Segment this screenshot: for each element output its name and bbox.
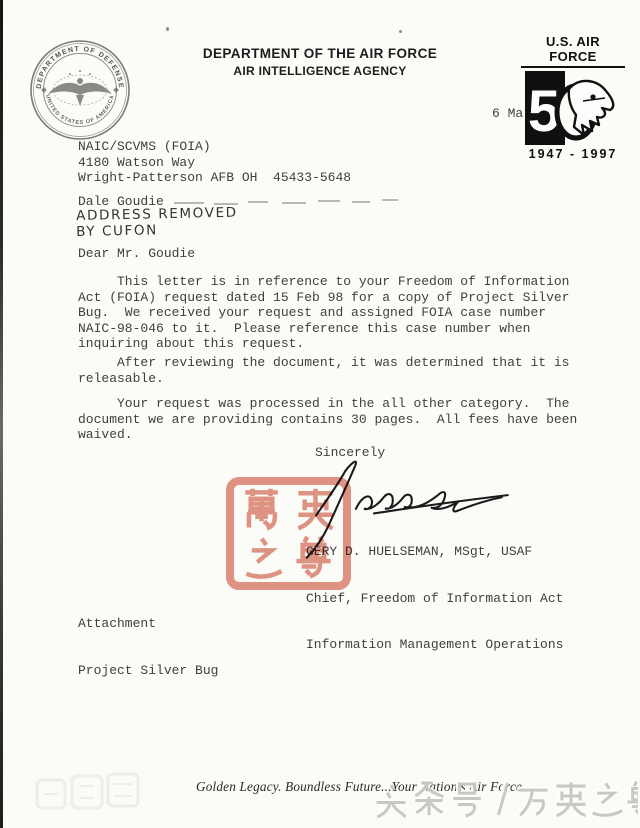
salutation: Dear Mr. Goudie <box>78 246 195 262</box>
text-line: After reviewing the document, it was det… <box>78 355 569 371</box>
text-line: releasable. <box>78 371 569 387</box>
text-line: NAIC/SCVMS (FOIA) <box>78 139 351 155</box>
signer-title-1: Chief, Freedom of Information Act <box>306 591 563 607</box>
scan-speck <box>399 30 402 33</box>
signer-title-2: Information Management Operations <box>306 637 563 653</box>
dod-seal: DEPARTMENT OF DEFENSE UNITED STATES OF A… <box>28 38 132 147</box>
scanned-letter-page: DEPARTMENT OF DEFENSE UNITED STATES OF A… <box>0 0 640 828</box>
text-line: inquiring about this request. <box>78 336 569 352</box>
faint-watermark <box>34 772 144 818</box>
letterhead-line2: AIR INTELLIGENCE AGENCY <box>160 64 480 79</box>
redaction-note-line1: ADDRESS REMOVED <box>76 205 238 224</box>
text-line: NAIC-98-046 to it. Please reference this… <box>78 321 569 337</box>
attachment-item: Project Silver Bug <box>78 663 218 679</box>
red-seal-stamp-icon <box>225 476 352 591</box>
text-line: waived. <box>78 427 577 443</box>
af50-years: 1947 - 1997 <box>521 147 625 161</box>
redaction-note-line2: BY CUFON <box>76 222 158 240</box>
body-paragraph-1: This letter is in reference to your Free… <box>78 274 569 352</box>
attachment-block: Attachment Project Silver Bug <box>78 585 218 709</box>
scan-speck <box>166 27 169 31</box>
letterhead: DEPARTMENT OF THE AIR FORCE AIR INTELLIG… <box>160 46 480 79</box>
text-line: document we are providing contains 30 pa… <box>78 412 577 428</box>
letterhead-line1: DEPARTMENT OF THE AIR FORCE <box>160 46 480 62</box>
text-line: Your request was processed in the all ot… <box>78 396 577 412</box>
attachment-label: Attachment <box>78 616 218 632</box>
body-paragraph-2: After reviewing the document, it was det… <box>78 355 569 386</box>
text-line: Bug. We received your request and assign… <box>78 305 569 321</box>
sender-address: NAIC/SCVMS (FOIA)4180 Watson WayWright-P… <box>78 139 351 186</box>
af50-title: U.S. AIR FORCE <box>521 34 625 68</box>
af50-logo: U.S. AIR FORCE 5 1947 - 1997 <box>521 34 625 161</box>
scan-edge-artifact <box>0 0 3 828</box>
toutiao-watermark-icon <box>364 768 638 824</box>
body-paragraph-3: Your request was processed in the all ot… <box>78 396 577 443</box>
text-line: 4180 Watson Way <box>78 155 351 171</box>
af50-eagle-icon: 5 <box>521 71 621 145</box>
text-line: This letter is in reference to your Free… <box>78 274 569 290</box>
text-line: Act (FOIA) request dated 15 Feb 98 for a… <box>78 290 569 306</box>
dod-seal-icon: DEPARTMENT OF DEFENSE UNITED STATES OF A… <box>28 38 132 142</box>
text-line: Wright-Patterson AFB OH 45433-5648 <box>78 170 351 186</box>
